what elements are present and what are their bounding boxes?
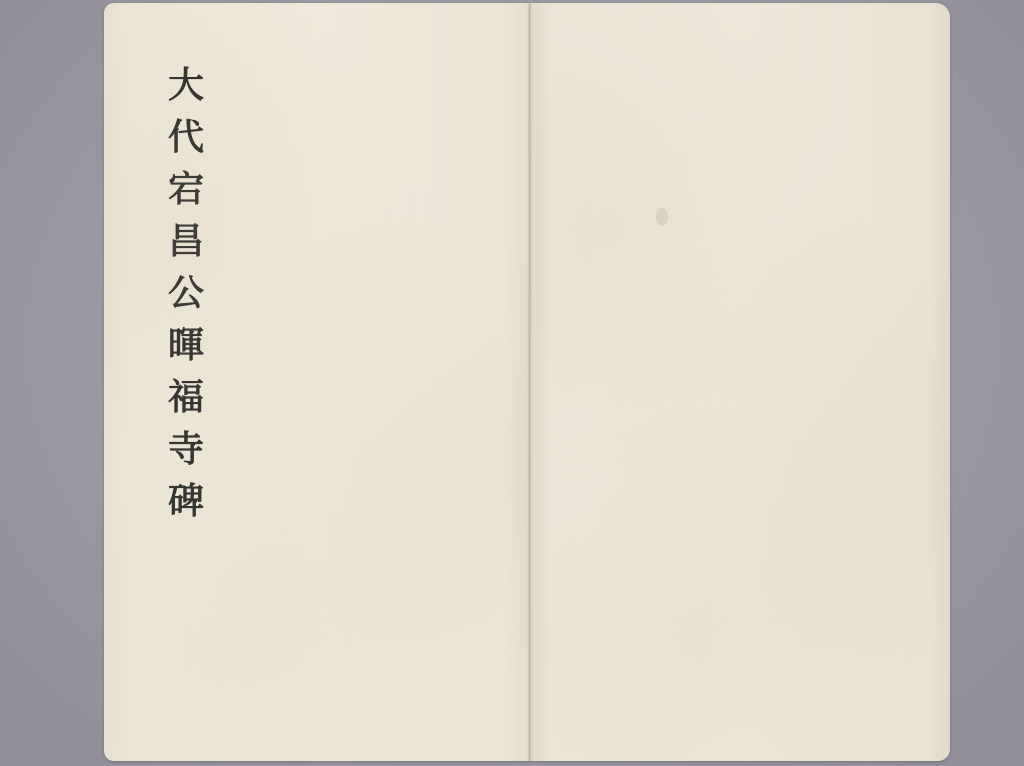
book-title-vertical: 大 代 宕 昌 公 暉 福 寺 碑 [156,59,216,527]
open-book: 大 代 宕 昌 公 暉 福 寺 碑 [104,3,950,761]
title-char: 公 [168,267,204,319]
title-char: 大 [168,59,204,111]
book-gutter [528,3,532,761]
title-char: 碑 [168,475,204,527]
title-char: 昌 [168,215,204,267]
right-page [530,3,950,761]
paper-stain [656,208,668,226]
title-char: 暉 [168,319,204,371]
title-char: 宕 [168,163,204,215]
left-page: 大 代 宕 昌 公 暉 福 寺 碑 [104,3,530,761]
title-char: 代 [168,111,204,163]
title-char: 福 [168,371,204,423]
title-char: 寺 [168,423,204,475]
